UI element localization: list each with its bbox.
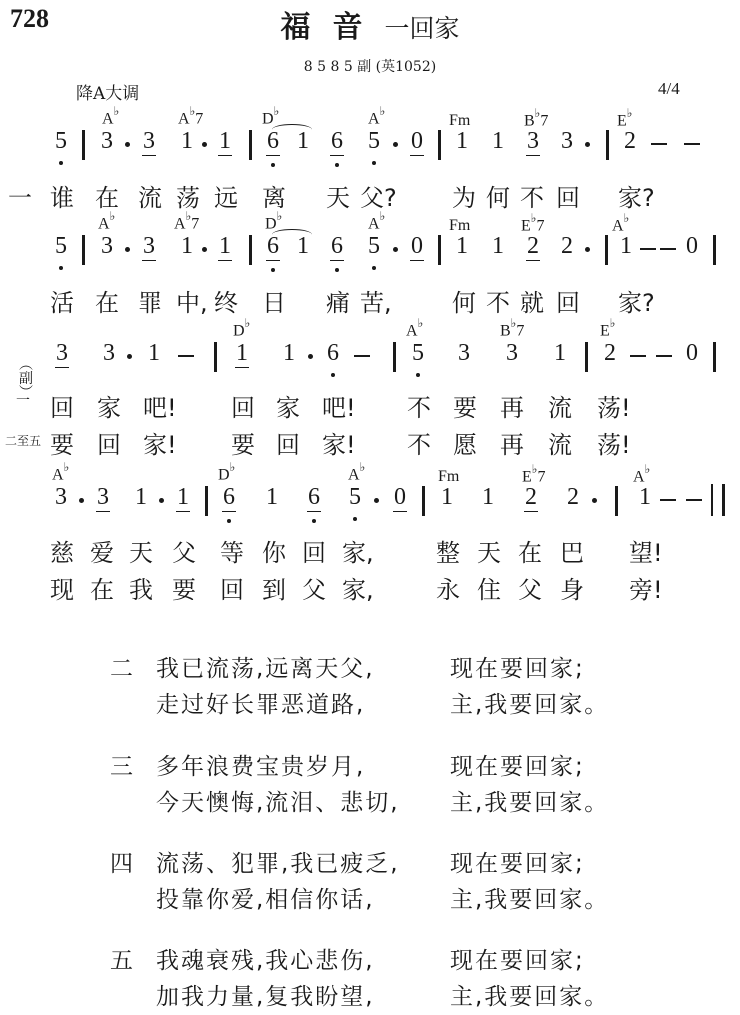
note: 0	[683, 233, 701, 260]
lyric: 要	[50, 425, 74, 460]
note: 2	[564, 484, 582, 511]
chord-ab: A♭	[348, 462, 365, 484]
verse-line: 现在要回家;	[450, 650, 585, 683]
chord-ab7: A♭7	[174, 211, 199, 233]
lyric: 家	[276, 388, 300, 423]
lyric: 远	[214, 178, 238, 213]
lyric: 家?	[618, 283, 655, 318]
lyric: 愿	[453, 425, 477, 460]
augmentation-dot	[79, 498, 84, 503]
lyric: 家,	[342, 533, 374, 568]
barline	[585, 342, 588, 372]
note: 1	[263, 484, 281, 511]
lyric: 现	[50, 570, 74, 605]
note: 6	[328, 128, 346, 155]
verse-line: 现在要回家;	[450, 845, 585, 878]
chord-ab: A♭	[368, 106, 385, 128]
lyric: 父	[302, 570, 326, 605]
lyric: 活	[50, 283, 74, 318]
title-main: 福音	[280, 10, 384, 45]
verse-range-label: 二至五	[5, 432, 41, 449]
barline	[205, 486, 208, 516]
chord-ab: A♭	[368, 211, 385, 233]
title-sub: 一回家	[384, 14, 459, 43]
augmentation-dot	[125, 142, 130, 147]
lyric: 何	[452, 283, 476, 318]
lyric: 荡	[176, 178, 200, 213]
note: 6	[324, 340, 342, 367]
lyric: 天	[326, 178, 350, 213]
barline	[438, 130, 441, 160]
lyric: 回	[556, 283, 580, 318]
lyric: 到	[262, 570, 286, 605]
lyric: 何	[486, 178, 510, 213]
lyric: 苦,	[360, 283, 392, 318]
note: 0	[408, 128, 426, 155]
augmentation-dot	[393, 247, 398, 252]
verse-line: 主,我要回家。	[450, 881, 609, 914]
barline	[606, 130, 609, 160]
lyric: 不	[407, 425, 431, 460]
lyric: 痛	[326, 283, 350, 318]
barline	[422, 486, 425, 516]
note: 1	[294, 233, 312, 260]
lyric: 流	[548, 388, 572, 423]
lyric: 家!	[143, 425, 177, 460]
verse-line: 主,我要回家。	[450, 784, 609, 817]
note: 2	[558, 233, 576, 260]
verse-line: 加我力量,复我盼望,	[156, 978, 375, 1011]
lyric: 要	[231, 425, 255, 460]
note: 3	[98, 233, 116, 260]
chord-ab: A♭	[612, 213, 629, 235]
lyric: 回	[220, 570, 244, 605]
extension-dash	[651, 143, 667, 145]
lyric: 谁	[50, 178, 74, 213]
chord-eb7: E♭7	[521, 213, 544, 235]
augmentation-dot	[125, 247, 130, 252]
verse-line: 我魂衰残,我心悲伤,	[156, 942, 375, 975]
note: 1	[489, 233, 507, 260]
lyric: 家	[97, 388, 121, 423]
augmentation-dot	[393, 142, 398, 147]
extension-dash	[178, 355, 194, 357]
chord-ab: A♭	[102, 106, 119, 128]
note: 0	[408, 233, 426, 260]
time-signature: 4/4	[658, 79, 680, 99]
lyric: 回	[302, 533, 326, 568]
lyric: 为	[452, 178, 476, 213]
lyric: 身	[560, 570, 584, 605]
note: 2	[621, 128, 639, 155]
chord-eb7: E♭7	[522, 464, 545, 486]
lyric: 在	[95, 178, 119, 213]
lyric: 再	[500, 425, 524, 460]
lyric: 荡!	[597, 425, 631, 460]
lyric: 再	[500, 388, 524, 423]
lyric: 爱	[90, 533, 114, 568]
extension-dash	[660, 499, 676, 501]
lyric: 住	[477, 570, 501, 605]
lyric: 要	[453, 388, 477, 423]
hymn-title: 福音一回家	[0, 2, 740, 46]
note: 3	[140, 128, 158, 155]
chord-bb7: B♭7	[500, 318, 524, 340]
lyric: 流	[138, 178, 162, 213]
lyric: 望!	[629, 533, 663, 568]
lyric: 在	[95, 283, 119, 318]
verse-number: 三	[110, 748, 135, 781]
extension-dash	[630, 355, 646, 357]
note: 1	[178, 233, 196, 260]
note: 3	[140, 233, 158, 260]
note: 1	[216, 233, 234, 260]
note: 1	[174, 484, 192, 511]
note: 1	[636, 484, 654, 511]
chord-ab: A♭	[406, 318, 423, 340]
note: 3	[53, 340, 71, 367]
lyric: 家,	[342, 570, 374, 605]
note: 0	[683, 340, 701, 367]
note: 1	[216, 128, 234, 155]
note: 5	[365, 233, 383, 260]
key-signature: 降A大调	[76, 79, 139, 104]
augmentation-dot	[585, 247, 590, 252]
chord-eb: E♭	[600, 318, 615, 340]
lyric: 离	[262, 178, 286, 213]
note: 5	[52, 233, 70, 260]
lyric: 吧!	[143, 388, 177, 423]
lyric: 终	[214, 283, 238, 318]
extension-dash	[660, 248, 676, 250]
note: 2	[601, 340, 619, 367]
verse-number: 四	[110, 845, 135, 878]
note: 1	[233, 340, 251, 367]
lyric: 在	[518, 533, 542, 568]
verse-line: 流荡、犯罪,我已疲乏,	[156, 845, 400, 878]
note: 1	[438, 484, 456, 511]
note: 5	[365, 128, 383, 155]
barline	[249, 235, 252, 265]
lyric: 家!	[322, 425, 356, 460]
verse-number: 二	[110, 650, 135, 683]
verse-line: 现在要回家;	[450, 942, 585, 975]
verse-number: 一	[16, 390, 30, 410]
lyric: 等	[220, 533, 244, 568]
lyric: 慈	[50, 533, 74, 568]
barline	[214, 342, 217, 372]
augmentation-dot	[374, 498, 379, 503]
note: 6	[264, 233, 282, 260]
lyric: 整	[436, 533, 460, 568]
lyric: 不	[486, 283, 510, 318]
lyric: 父?	[360, 178, 397, 213]
augmentation-dot	[202, 247, 207, 252]
chord-ab: A♭	[98, 211, 115, 233]
note: 5	[409, 340, 427, 367]
lyric: 回	[556, 178, 580, 213]
verse-line: 我已流荡,远离天父,	[156, 650, 375, 683]
extension-dash	[640, 248, 656, 250]
barline	[438, 235, 441, 265]
lyric: 罪	[138, 283, 162, 318]
barline	[615, 486, 618, 516]
barline	[249, 130, 252, 160]
lyric: 天	[129, 533, 153, 568]
note: 1	[132, 484, 150, 511]
lyric: 在	[90, 570, 114, 605]
lyric: 日	[262, 283, 286, 318]
augmentation-dot	[127, 354, 132, 359]
note: 1	[280, 340, 298, 367]
verse-line: 走过好长罪恶道路,	[156, 686, 365, 719]
note: 1	[178, 128, 196, 155]
verse-line: 主,我要回家。	[450, 978, 609, 1011]
verse-line: 现在要回家;	[450, 748, 585, 781]
lyric: 回	[231, 388, 255, 423]
lyric: 要	[172, 570, 196, 605]
note: 1	[145, 340, 163, 367]
augmentation-dot	[159, 498, 164, 503]
lyric: 父	[518, 570, 542, 605]
meter-info: 8 5 8 5 副 (英1052)	[0, 56, 740, 76]
extension-dash	[656, 355, 672, 357]
final-barline	[711, 484, 725, 516]
extension-dash	[354, 355, 370, 357]
augmentation-dot	[585, 142, 590, 147]
note: 1	[551, 340, 569, 367]
note: 1	[479, 484, 497, 511]
verse-number: 五	[110, 942, 135, 975]
note: 1	[489, 128, 507, 155]
lyric: 荡!	[597, 388, 631, 423]
verse-line: 多年浪费宝贵岁月,	[156, 748, 365, 781]
lyric: 巴	[560, 533, 584, 568]
note: 3	[52, 484, 70, 511]
verse-line: 主,我要回家。	[450, 686, 609, 719]
note: 1	[617, 233, 635, 260]
augmentation-dot	[308, 354, 313, 359]
chord-db: D♭	[218, 462, 235, 484]
extension-dash	[684, 143, 700, 145]
note: 2	[522, 484, 540, 511]
note: 0	[391, 484, 409, 511]
lyric: 你	[262, 533, 286, 568]
lyric: 吧!	[322, 388, 356, 423]
lyric: 天	[477, 533, 501, 568]
chord-db: D♭	[233, 318, 250, 340]
note: 5	[52, 128, 70, 155]
augmentation-dot	[202, 142, 207, 147]
barline	[393, 342, 396, 372]
verse-number: 一	[8, 178, 32, 213]
chord-bb7: B♭7	[524, 108, 548, 130]
lyric: 我	[129, 570, 153, 605]
lyric: 就	[520, 283, 544, 318]
lyric: 旁!	[629, 570, 663, 605]
barline	[82, 130, 85, 160]
barline	[82, 235, 85, 265]
note: 6	[220, 484, 238, 511]
lyric: 不	[520, 178, 544, 213]
note: 5	[346, 484, 364, 511]
note: 3	[558, 128, 576, 155]
extension-dash	[686, 499, 702, 501]
chord-eb: E♭	[617, 108, 632, 130]
lyric: 回	[276, 425, 300, 460]
chord-ab7: A♭7	[178, 106, 203, 128]
barline	[605, 235, 608, 265]
note: 2	[524, 233, 542, 260]
chord-ab: A♭	[52, 462, 69, 484]
lyric: 回	[97, 425, 121, 460]
note: 3	[100, 340, 118, 367]
lyric: 家?	[618, 178, 655, 213]
lyric: 永	[436, 570, 460, 605]
note: 3	[455, 340, 473, 367]
note: 1	[453, 128, 471, 155]
note: 3	[98, 128, 116, 155]
note: 3	[94, 484, 112, 511]
note: 3	[524, 128, 542, 155]
lyric: 回	[50, 388, 74, 423]
verse-line: 投靠你爱,相信你话,	[156, 881, 375, 914]
note: 3	[503, 340, 521, 367]
chord-ab: A♭	[633, 464, 650, 486]
note: 1	[294, 128, 312, 155]
barline	[713, 235, 716, 265]
note: 6	[328, 233, 346, 260]
lyric: 父	[172, 533, 196, 568]
lyric: 中,	[176, 283, 208, 318]
note: 6	[305, 484, 323, 511]
lyric: 流	[548, 425, 572, 460]
note: 1	[453, 233, 471, 260]
verse-line: 今天懊悔,流泪、悲切,	[156, 784, 400, 817]
barline	[713, 342, 716, 372]
lyric: 不	[407, 388, 431, 423]
augmentation-dot	[592, 498, 597, 503]
note: 6	[264, 128, 282, 155]
